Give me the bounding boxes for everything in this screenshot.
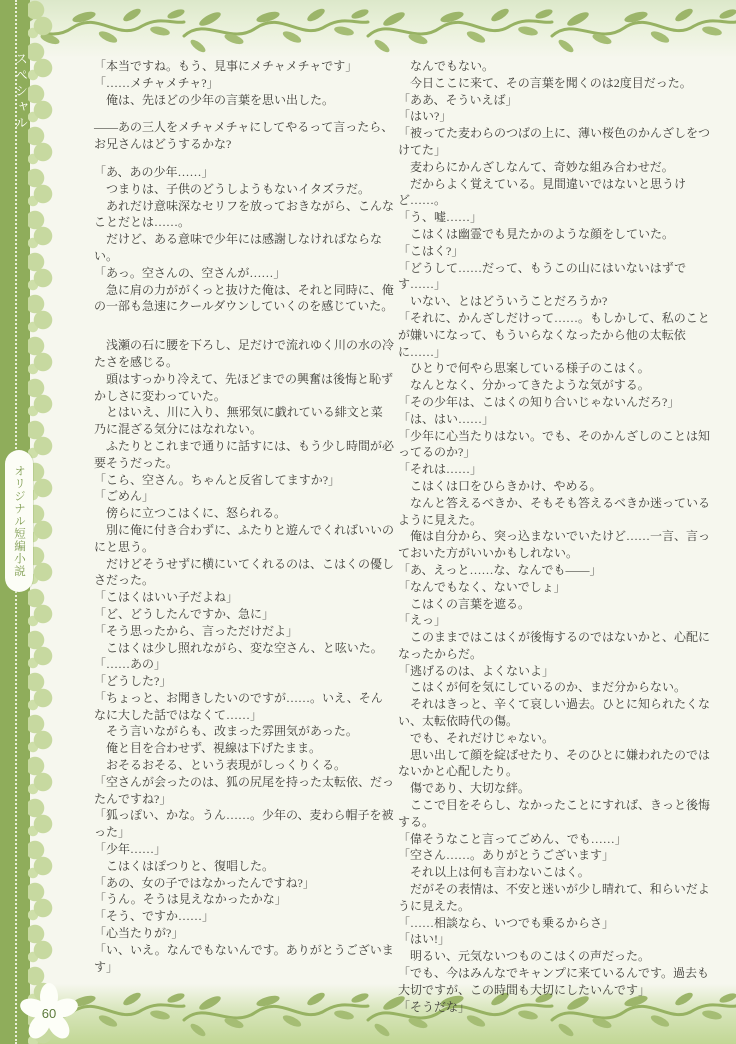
text-line: 「心当たりが?」	[94, 925, 394, 942]
text-line: 明るい、元気ないつものこはくの声だった。	[398, 948, 712, 965]
text-line: ここで目をそらし、なかったことにすれば、きっと後悔する。	[398, 797, 712, 831]
text-line: あれだけ意味深なセリフを放っておきながら、こんなことだとは……。	[94, 198, 394, 232]
text-line: 今日ここに来て、その言葉を聞くのは2度目だった。	[398, 75, 712, 92]
text-line: 浅瀬の石に腰を下ろし、足だけで流れゆく川の水の冷たさを感じる。	[94, 337, 394, 371]
sidebar-section-label: オリジナル短編小説	[11, 465, 27, 578]
text-line: 「それに、かんざしだけって……。もしかして、私のことが嫌いになって、もういらなく…	[398, 310, 712, 360]
text-line: 「……相談なら、いつでも乗るからさ」	[398, 915, 712, 932]
text-line: なんとなく、分かってきたような気がする。	[398, 377, 712, 394]
text-line: 急に肩の力ががくっと抜けた俺は、それと同時に、俺の一部も急速にクールダウンしてい…	[94, 282, 394, 316]
text-line: このままではこはくが後悔するのではないかと、心配になったからだ。	[398, 629, 712, 663]
text-line: 俺と目を合わせず、視線は下げたまま。	[94, 740, 394, 757]
text-line	[94, 326, 394, 337]
text-line: 「そう、ですか……」	[94, 908, 394, 925]
text-line: 頭はすっかり冷えて、先ほどまでの興奮は後悔と恥ずかしさに変わっていた。	[94, 371, 394, 405]
sidebar-label-special: スペシャル	[0, 52, 30, 132]
text-line: 麦わらにかんざしなんて、奇妙な組み合わせだ。	[398, 159, 712, 176]
text-line: 「はい?」	[398, 108, 712, 125]
text-line: 「あ、えっと……な、なんでも——」	[398, 562, 712, 579]
text-column-left: 「本当ですね。もう、見事にメチャメチャです」「……メチャメチャ?」 俺は、先ほど…	[94, 58, 394, 975]
text-line: 「こはくはいい子だよね」	[94, 589, 394, 606]
text-line: 「そう思ったから、言っただけだよ」	[94, 623, 394, 640]
text-line: 別に俺に付き合わずに、ふたりと遊んでくればいいのにと思う。	[94, 522, 394, 556]
text-line: こはくが何を気にしているのか、まだ分からない。	[398, 679, 712, 696]
text-line: とはいえ、川に入り、無邪気に戯れている緋文と菜乃に混ざる気分にはなれない。	[94, 404, 394, 438]
text-line: 「あっ。空さんの、空さんが……」	[94, 265, 394, 282]
text-line: 「こら、空さん。ちゃんと反省してますか?」	[94, 472, 394, 489]
text-line: なんと答えるべきか、そもそも答えるべきか迷っているように見えた。	[398, 495, 712, 529]
text-line: 俺は、先ほどの少年の言葉を思い出した。	[94, 92, 394, 109]
text-line: 「は、はい……」	[398, 411, 712, 428]
text-line: 「被ってた麦わらのつばの上に、薄い桜色のかんざしをつけてた」	[398, 125, 712, 159]
text-line	[94, 153, 394, 164]
text-line: それ以上は何も言わないこはく。	[398, 864, 712, 881]
text-line: 「逃げるのは、よくないよ」	[398, 663, 712, 680]
text-line: こはくの言葉を遮る。	[398, 596, 712, 613]
text-line: 「はい!」	[398, 931, 712, 948]
text-line: こはくは口をひらきかけ、やめる。	[398, 478, 712, 495]
text-line: ひとりで何やら思案している様子のこはく。	[398, 360, 712, 377]
text-line: でも、それだけじゃない。	[398, 730, 712, 747]
sidebar-section-pill: オリジナル短編小説	[5, 450, 33, 592]
text-line: 俺は自分から、突っ込まないでいたけど……一言、言っておいた方がいいかもしれない。	[398, 528, 712, 562]
page-number-flower: 60	[16, 982, 82, 1044]
text-line: ふたりとこれまで通りに話すには、もう少し時間が必要そうだった。	[94, 438, 394, 472]
text-line: 「空さんが会ったのは、狐の尻尾を持った太転依、だったんですね?」	[94, 774, 394, 808]
text-line: ——あの三人をメチャメチャにしてやるって言ったら、お兄さんはどうするかな?	[94, 119, 394, 153]
text-line: 「本当ですね。もう、見事にメチャメチャです」	[94, 58, 394, 75]
text-line: 「……あの」	[94, 656, 394, 673]
text-line: 「狐っぽい、かな。うん……。少年の、麦わら帽子を被った」	[94, 807, 394, 841]
text-line: だけど、ある意味で少年には感謝しなければならない。	[94, 231, 394, 265]
text-line: 「こはく?」	[398, 243, 712, 260]
text-line: 傷であり、大切な絆。	[398, 780, 712, 797]
text-line: 「うん。そうは見えなかったかな」	[94, 891, 394, 908]
sidebar: スペシャル オリジナル短編小説	[0, 0, 54, 1044]
text-line	[94, 108, 394, 119]
text-line: こはくは少し照れながら、変な空さん、と呟いた。	[94, 640, 394, 657]
text-line: 「あの、女の子ではなかったんですね?」	[94, 875, 394, 892]
text-line: だけどそうせずに横にいてくれるのは、こはくの優しさだった。	[94, 556, 394, 590]
text-line: 「どうして……だって、もうこの山にはいないはずです……」	[398, 260, 712, 294]
text-line: 「でも、今はみんなでキャンプに来ているんです。過去も大切ですが、この時間も大切に…	[398, 965, 712, 999]
text-line: 「……メチャメチャ?」	[94, 75, 394, 92]
text-line: 「ちょっと、お聞きしたいのですが……。いえ、そんなに大した話ではなくて……」	[94, 690, 394, 724]
text-line: 「ごめん」	[94, 488, 394, 505]
text-line: 「そうだな」	[398, 999, 712, 1016]
text-line: 「どうした?」	[94, 673, 394, 690]
text-line: 「空さん……。ありがとうございます」	[398, 847, 712, 864]
sakura-flower-icon: 60	[16, 982, 82, 1044]
text-line: 「その少年は、こはくの知り合いじゃないんだろ?」	[398, 394, 712, 411]
vine-pattern-top-icon	[0, 4, 736, 56]
text-line: だからよく覚えている。見間違いではないと思うけど……。	[398, 176, 712, 210]
text-line: なんでもない。	[398, 58, 712, 75]
text-line: 「う、嘘……」	[398, 209, 712, 226]
text-line: 傍らに立つこはくに、怒られる。	[94, 505, 394, 522]
text-line: こはくは幽霊でも見たかのような顔をしていた。	[398, 226, 712, 243]
text-line: 思い出して顔を綻ばせたり、そのひとに嫌われたのではないかと心配したり。	[398, 747, 712, 781]
text-line	[94, 315, 394, 326]
text-line: 「なんでもなく、ないでしょ」	[398, 579, 712, 596]
text-line: いない、とはどういうことだろうか?	[398, 293, 712, 310]
text-line: 「ああ、そういえば」	[398, 92, 712, 109]
text-line: 「偉そうなこと言ってごめん、でも……」	[398, 831, 712, 848]
text-line: 「それは……」	[398, 461, 712, 478]
book-page: スペシャル オリジナル短編小説 60 「本当ですね。もう、見事にメチャメチャです…	[0, 0, 736, 1044]
text-line: だがその表情は、不安と迷いが少し晴れて、和らいだように見えた。	[398, 881, 712, 915]
text-line: こはくはぽつりと、復唱した。	[94, 858, 394, 875]
text-line: 「少年……」	[94, 841, 394, 858]
text-line: 「ど、どうしたんですか、急に」	[94, 606, 394, 623]
text-line: 「えっ」	[398, 612, 712, 629]
text-line: つまりは、子供のどうしようもないイタズラだ。	[94, 181, 394, 198]
text-line: おそるおそる、という表現がしっくりくる。	[94, 757, 394, 774]
top-vine-border	[0, 0, 736, 58]
text-line: それはきっと、辛くて哀しい過去。ひとに知られたくない、太転依時代の傷。	[398, 696, 712, 730]
text-line: 「少年に心当たりはない。でも、そのかんざしのことは知ってるのか?」	[398, 428, 712, 462]
text-line: そう言いながらも、改まった雰囲気があった。	[94, 723, 394, 740]
page-number: 60	[42, 1006, 56, 1021]
text-column-right: なんでもない。 今日ここに来て、その言葉を聞くのは2度目だった。「ああ、そういえ…	[398, 58, 712, 1015]
text-line: 「あ、あの少年……」	[94, 164, 394, 181]
text-line: 「い、いえ。なんでもないんです。ありがとうございます」	[94, 942, 394, 976]
